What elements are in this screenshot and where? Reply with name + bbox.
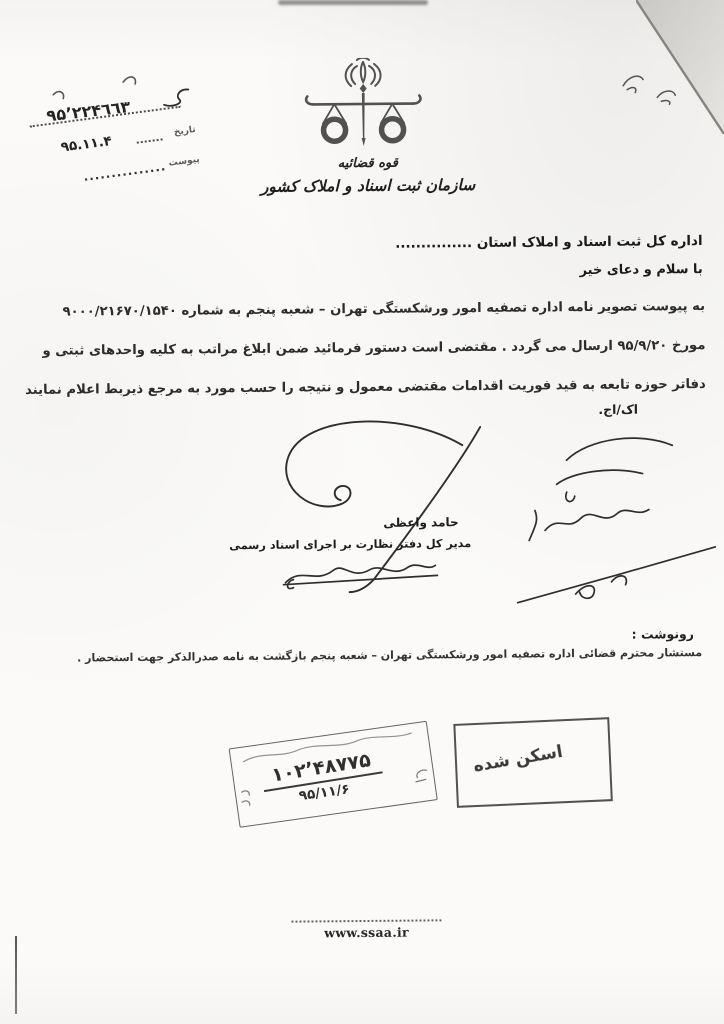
letter-content: ۹۵٬۲۲۴٦٦٣ تاریخ ۹۵.۱۱.۴ پیوست ..........… bbox=[0, 0, 724, 1024]
ink-marks-top-right bbox=[613, 67, 687, 108]
stamp-text-handwritten: اسکن شده bbox=[472, 742, 564, 777]
body-line-2: مورخ ۹۵/۹/۲۰ ارسال می گردد . مقتضی است د… bbox=[27, 326, 705, 371]
judiciary-scales-emblem-icon bbox=[293, 57, 434, 158]
body-line-1: به پیوست تصویر نامه اداره تصفیه امور ورش… bbox=[27, 287, 705, 332]
website-url: www.ssaa.ir bbox=[292, 924, 442, 940]
date-label: تاریخ bbox=[173, 125, 196, 138]
salutation-line: با سلام و دعای خیر bbox=[273, 262, 703, 281]
attachment-dots: ............... bbox=[83, 159, 168, 184]
footer-dotted-rule bbox=[291, 919, 441, 922]
organization-title: سازمان ثبت اسناد و املاک کشور bbox=[260, 176, 476, 196]
addressee-block: اداره کل ثبت اسناد و املاک استان .......… bbox=[272, 233, 702, 281]
signatory-name: حامد واعظی bbox=[374, 515, 468, 530]
letter-body: به پیوست تصویر نامه اداره تصفیه امور ورش… bbox=[27, 287, 706, 410]
stamp-side-mark bbox=[237, 787, 256, 811]
scan-stamp: اسکن شده bbox=[453, 717, 613, 808]
clerk-initials: اک/اج. bbox=[598, 402, 638, 417]
attachment-label: پیوست bbox=[168, 155, 200, 169]
footer: www.ssaa.ir bbox=[291, 919, 441, 940]
signatory-title: مدیر کل دفتر نظارت بر اجرای اسناد رسمی bbox=[265, 537, 471, 552]
handwritten-flourish bbox=[158, 85, 195, 111]
handwritten-signature-line bbox=[281, 555, 441, 592]
registration-stamp: ۱۰۲٬۴۸۷۷۵ ۹۵/۱۱/۶ bbox=[229, 721, 438, 828]
copy-section-line: مستشار محترم قضائی اداره تصفیه امور ورشک… bbox=[77, 646, 702, 664]
recipient-line: اداره کل ثبت اسناد و املاک استان .......… bbox=[272, 233, 702, 253]
scanned-letter-page: ۹۵٬۲۲۴٦٦٣ تاریخ ۹۵.۱۱.۴ پیوست ..........… bbox=[0, 0, 724, 1024]
stamp-side-mark bbox=[410, 766, 432, 787]
judiciary-title: قوه قضائیه bbox=[298, 155, 438, 171]
copy-section-label: رونوشت : bbox=[632, 626, 695, 642]
handwritten-annotations bbox=[514, 421, 724, 618]
